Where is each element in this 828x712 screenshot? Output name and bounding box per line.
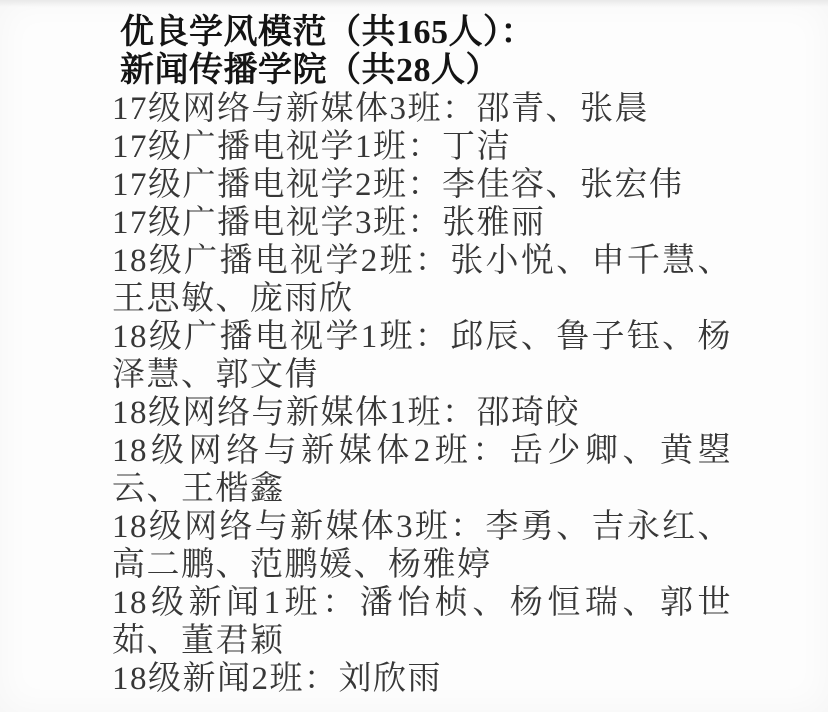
roster-line: 17级广播电视学3班：张雅丽	[112, 204, 732, 242]
roster-line: 17级网络与新媒体3班：邵青、张晨	[112, 90, 732, 128]
roster-line: 18级网络与新媒体1班：邵琦皎	[112, 394, 732, 432]
roster-content: 优良学风模范（共165人）： 新闻传播学院（共28人） 17级网络与新媒体3班：…	[112, 14, 732, 698]
roster-line: 18级广播电视学1班：邱辰、鲁子钰、杨泽慧、郭文倩	[112, 318, 732, 394]
roster-line: 17级广播电视学2班：李佳容、张宏伟	[112, 166, 732, 204]
roster-line: 17级广播电视学1班：丁洁	[112, 128, 732, 166]
scan-edge-artifact	[0, 0, 828, 7]
roster-line: 18级新闻1班：潘怡桢、杨恒瑞、郭世茹、董君颖	[112, 584, 732, 660]
roster-line: 18级网络与新媒体3班：李勇、吉永红、高二鹏、范鹏媛、杨雅婷	[112, 508, 732, 584]
roster-line: 18级新闻2班：刘欣雨	[112, 660, 732, 698]
roster-line: 18级网络与新媒体2班：岳少卿、黄曌云、王楷鑫	[112, 432, 732, 508]
list-title: 优良学风模范（共165人）：	[120, 14, 732, 52]
document-page: 优良学风模范（共165人）： 新闻传播学院（共28人） 17级网络与新媒体3班：…	[0, 0, 828, 712]
college-heading: 新闻传播学院（共28人）	[120, 52, 732, 90]
roster-line: 18级广播电视学2班：张小悦、申千慧、王思敏、庞雨欣	[112, 242, 732, 318]
